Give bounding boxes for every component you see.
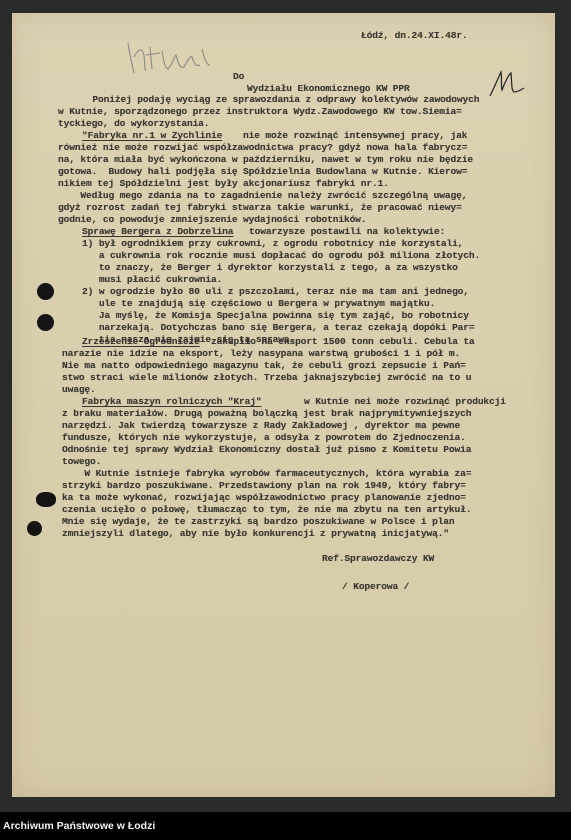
body-line: na, która miała być wykończona w paździe… <box>58 154 473 166</box>
body-line: 2) w ogrodzie było 80 uli z pszczołami, … <box>82 286 469 298</box>
body-line: Mnie się wydaje, że te zastrzyki są bard… <box>62 516 455 528</box>
body-line: narzędzi. Jak twierdzą towarzysze z Rady… <box>62 420 460 432</box>
punch-hole <box>37 314 54 331</box>
addressee-prefix: Do <box>233 71 244 83</box>
body-line: narazie nie idzie na eksport, leży nasyp… <box>62 348 460 360</box>
signature-name: / Koperowa / <box>342 581 409 593</box>
scan-frame: Łódź, dn.24.XI.48r. Do Wydziału Ekonomic… <box>0 0 571 812</box>
body-line: strzyki bardzo poszukiwane. Przedstawion… <box>62 480 466 492</box>
punch-hole <box>27 521 42 536</box>
body-line: Ja myślę, że Komisja Specjalna powinna s… <box>82 310 469 322</box>
body-line: uwagę. <box>62 384 96 396</box>
body-line: również nie może rozwijać współzawodnict… <box>58 142 467 154</box>
body-line: w Kutnie nei może rozwinąć produkcji <box>304 396 506 408</box>
date-line: Łódź, dn.24.XI.48r. <box>361 30 468 42</box>
body-line: 1) był ogrodnikiem przy cukrowni, z ogro… <box>82 238 463 250</box>
body-line: Nie ma natto odpowiedniego magazynu tak,… <box>62 360 466 372</box>
body-line: to znaczy, że Berger i dyrektor korzysta… <box>82 262 458 274</box>
body-line: towego. <box>62 456 101 468</box>
body-line: W Kutnie istnieje fabryka wyrobów farmac… <box>62 468 471 480</box>
body-line: a cukrownia rok rocznie musi dopłacać do… <box>82 250 480 262</box>
signature-title: Ref.Sprawozdawczy KW <box>322 553 434 565</box>
underlined-heading-zychlin: "Fabryka nr.1 w Zychlinie <box>82 130 222 142</box>
body-line: w Kutnie, sporządzonego przez instruktor… <box>58 106 462 118</box>
punch-hole <box>37 283 54 300</box>
underlined-heading-berger: Sprawę Bergera z Dobrzelina <box>82 226 233 238</box>
handwritten-mark-m <box>487 68 527 98</box>
body-line: ule te znajdują się częściowo u Bergera … <box>82 298 435 310</box>
body-line: nikiem tej Spółdzielni jest były akcjona… <box>58 178 389 190</box>
body-line: tyckiego, do wykorzystania. <box>58 118 209 130</box>
body-line: z braku materiałów. Drugą poważną bolącz… <box>62 408 471 420</box>
body-line: zmniejszyli dlatego, aby nie było konkur… <box>62 528 449 540</box>
body-line: czenia ucięło o połowę, tłumacząc to tym… <box>62 504 471 516</box>
underlined-heading-zrzeszenie-visible: Zrzeszenie Ogrodnicze <box>82 336 200 348</box>
body-line: Według mego zdania na to zagadnienie nal… <box>58 190 467 202</box>
body-line: musi płacić cukrownia. <box>82 274 222 286</box>
body-line: towarzysze postawili na kolektywie: <box>249 226 445 238</box>
body-line: godnie, co powoduje zmniejszenie wydajno… <box>58 214 366 226</box>
document-page: Łódź, dn.24.XI.48r. Do Wydziału Ekonomic… <box>12 13 555 797</box>
archive-footer: Archiwum Państwowe w Łodzi <box>0 812 571 840</box>
body-line: ka ta może wykonać, rozwijając współzawo… <box>62 492 466 504</box>
body-line: stwo straci wiele milionów złotych. Trze… <box>62 372 471 384</box>
archive-label: Archiwum Państwowe w Łodzi <box>3 820 155 832</box>
underlined-heading-kraj: Fabryka maszyn rolniczych "Kraj" <box>82 396 261 408</box>
body-line: gotowa. Budowy hali podjęła się Spółdzie… <box>58 166 467 178</box>
body-line: zakupiło na eksport 1500 tonn cebuli. Ce… <box>211 336 475 348</box>
handwritten-pencil-note <box>124 35 219 77</box>
body-line: narzekają. Dotychczas bano się Bergera, … <box>82 322 475 334</box>
body-line: gdyż rozrost zadań tej fabryki stwarza t… <box>58 202 462 214</box>
body-line: Odnośnie tej sprawy Wydział Ekonomiczny … <box>62 444 471 456</box>
punch-hole <box>36 492 56 507</box>
body-line: fundusze, których nie wykorzystuje, a od… <box>62 432 466 444</box>
body-line: Poniżej podaję wyciąg ze sprawozdania z … <box>70 94 479 106</box>
body-line: nie może rozwinąć intensywnej pracy, jak <box>243 130 467 142</box>
